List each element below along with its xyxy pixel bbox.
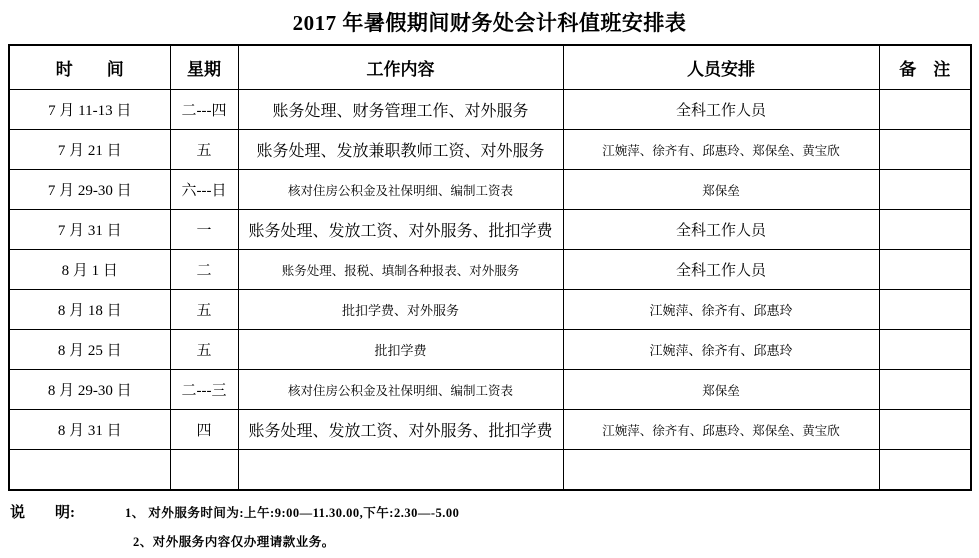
document-page: 2017 年暑假期间财务处会计科值班安排表 时 间 星期 工作内容 人员安排 备… [0, 0, 979, 558]
cell-task: 账务处理、发放工资、对外服务、批扣学费 [238, 410, 563, 450]
cell-weekday: 二 [170, 250, 238, 290]
cell-task [238, 450, 563, 491]
cell-weekday [170, 450, 238, 491]
table-row: 8 月 18 日 五 批扣学费、对外服务 江婉萍、徐齐有、邱惠玲 [9, 290, 971, 330]
cell-task: 批扣学费、对外服务 [238, 290, 563, 330]
cell-task: 核对住房公积金及社保明细、编制工资表 [238, 370, 563, 410]
cell-time: 8 月 31 日 [9, 410, 170, 450]
note-row-1: 说 明: 1、 对外服务时间为:上午:9:00—11.30.00,下午:2.30… [10, 501, 979, 522]
cell-weekday: 五 [170, 330, 238, 370]
cell-staff [563, 450, 879, 491]
table-row: 7 月 29-30 日 六---日 核对住房公积金及社保明细、编制工资表 郑保垒 [9, 170, 971, 210]
cell-note [879, 130, 971, 170]
cell-task: 账务处理、报税、填制各种报表、对外服务 [238, 250, 563, 290]
cell-weekday: 五 [170, 130, 238, 170]
cell-time [9, 450, 170, 491]
cell-task: 账务处理、发放兼职教师工资、对外服务 [238, 130, 563, 170]
table-row: 7 月 31 日 一 账务处理、发放工资、对外服务、批扣学费 全科工作人员 [9, 210, 971, 250]
cell-staff: 郑保垒 [563, 170, 879, 210]
cell-note [879, 170, 971, 210]
cell-staff: 江婉萍、徐齐有、邱惠玲、郑保垒、黄宝欣 [563, 410, 879, 450]
cell-note [879, 90, 971, 130]
cell-note [879, 450, 971, 491]
cell-time: 7 月 29-30 日 [9, 170, 170, 210]
cell-weekday: 一 [170, 210, 238, 250]
cell-staff: 江婉萍、徐齐有、邱惠玲、郑保垒、黄宝欣 [563, 130, 879, 170]
cell-time: 7 月 11-13 日 [9, 90, 170, 130]
cell-staff: 郑保垒 [563, 370, 879, 410]
cell-note [879, 210, 971, 250]
table-row: 8 月 25 日 五 批扣学费 江婉萍、徐齐有、邱惠玲 [9, 330, 971, 370]
table-row-empty [9, 450, 971, 491]
cell-weekday: 五 [170, 290, 238, 330]
note-item-1: 1、 对外服务时间为:上午:9:00—11.30.00,下午:2.30—-5.0… [125, 503, 459, 521]
cell-note [879, 370, 971, 410]
col-header-note: 备 注 [879, 45, 971, 90]
cell-note [879, 330, 971, 370]
cell-note [879, 250, 971, 290]
cell-staff: 江婉萍、徐齐有、邱惠玲 [563, 290, 879, 330]
notes-label: 说 明: [10, 501, 125, 522]
document-title: 2017 年暑假期间财务处会计科值班安排表 [0, 0, 979, 37]
table-row: 8 月 31 日 四 账务处理、发放工资、对外服务、批扣学费 江婉萍、徐齐有、邱… [9, 410, 971, 450]
schedule-table: 时 间 星期 工作内容 人员安排 备 注 7 月 11-13 日 二---四 账… [8, 44, 972, 491]
header-row: 时 间 星期 工作内容 人员安排 备 注 [9, 45, 971, 90]
table-row: 8 月 29-30 日 二---三 核对住房公积金及社保明细、编制工资表 郑保垒 [9, 370, 971, 410]
cell-staff: 全科工作人员 [563, 210, 879, 250]
cell-time: 7 月 21 日 [9, 130, 170, 170]
table-row: 8 月 1 日 二 账务处理、报税、填制各种报表、对外服务 全科工作人员 [9, 250, 971, 290]
cell-weekday: 四 [170, 410, 238, 450]
cell-staff: 江婉萍、徐齐有、邱惠玲 [563, 330, 879, 370]
col-header-task: 工作内容 [238, 45, 563, 90]
cell-weekday: 六---日 [170, 170, 238, 210]
cell-time: 7 月 31 日 [9, 210, 170, 250]
cell-task: 核对住房公积金及社保明细、编制工资表 [238, 170, 563, 210]
cell-note [879, 290, 971, 330]
cell-note [879, 410, 971, 450]
col-header-staff: 人员安排 [563, 45, 879, 90]
cell-time: 8 月 1 日 [9, 250, 170, 290]
cell-task: 账务处理、财务管理工作、对外服务 [238, 90, 563, 130]
col-header-weekday: 星期 [170, 45, 238, 90]
cell-staff: 全科工作人员 [563, 90, 879, 130]
col-header-time: 时 间 [9, 45, 170, 90]
cell-task: 批扣学费 [238, 330, 563, 370]
note-item-2: 2、对外服务内容仅办理请款业务。 [133, 532, 979, 550]
cell-time: 8 月 29-30 日 [9, 370, 170, 410]
cell-weekday: 二---三 [170, 370, 238, 410]
table-row: 7 月 21 日 五 账务处理、发放兼职教师工资、对外服务 江婉萍、徐齐有、邱惠… [9, 130, 971, 170]
cell-task: 账务处理、发放工资、对外服务、批扣学费 [238, 210, 563, 250]
notes-section: 说 明: 1、 对外服务时间为:上午:9:00—11.30.00,下午:2.30… [10, 501, 979, 550]
cell-time: 8 月 18 日 [9, 290, 170, 330]
cell-weekday: 二---四 [170, 90, 238, 130]
table-row: 7 月 11-13 日 二---四 账务处理、财务管理工作、对外服务 全科工作人… [9, 90, 971, 130]
cell-time: 8 月 25 日 [9, 330, 170, 370]
cell-staff: 全科工作人员 [563, 250, 879, 290]
